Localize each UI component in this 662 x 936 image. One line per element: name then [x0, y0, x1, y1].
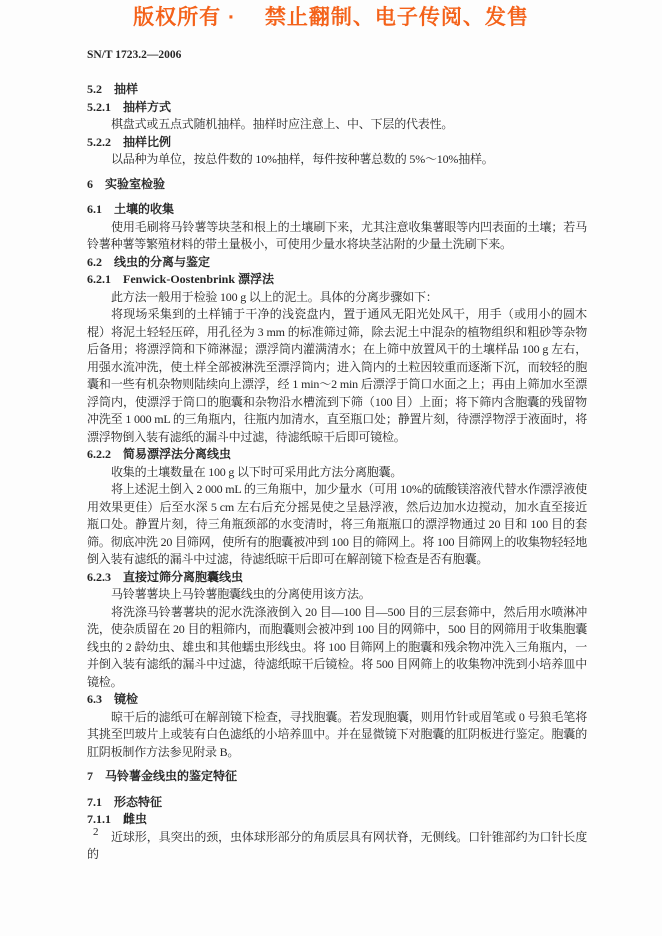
- section-title: 抽样比例: [123, 135, 171, 149]
- page-number: 2: [93, 826, 99, 838]
- section-heading: 6.2.1Fenwick-Oostenbrink 漂浮法: [87, 271, 587, 289]
- section-title: 雌虫: [123, 812, 147, 826]
- section-title: 直接过筛分离胞囊线虫: [123, 570, 243, 584]
- section-number: 6.2.2: [87, 447, 111, 461]
- paragraph: 以品种为单位，按总件数的 10%抽样，每件按种薯总数的 5%～10%抽样。: [87, 151, 587, 169]
- section-title: Fenwick-Oostenbrink 漂浮法: [123, 272, 274, 286]
- section-title: 实验室检验: [105, 177, 165, 191]
- section-number: 6.2: [87, 255, 102, 269]
- section-number: 6.1: [87, 202, 102, 216]
- section-heading: 6.2线虫的分离与鉴定: [87, 254, 587, 272]
- section-heading: 5.2.1抽样方式: [87, 99, 587, 117]
- section-number: 6.3: [87, 692, 102, 706]
- section-number: 5.2.2: [87, 135, 111, 149]
- section-heading: 6实验室检验: [87, 176, 587, 194]
- section-number: 6.2.3: [87, 570, 111, 584]
- section-title: 抽样方式: [123, 100, 171, 114]
- paragraph: 将上述泥土倒入 2 000 mL 的三角瓶中，加少量水（可用 10%的硫酸镁溶液…: [87, 481, 587, 569]
- section-heading: 6.2.3直接过筛分离胞囊线虫: [87, 569, 587, 587]
- section-title: 简易漂浮法分离线虫: [123, 447, 231, 461]
- paragraph: 将洗涤马铃薯薯块的泥水洗涤液倒入 20 目—100 目—500 目的三层套筛中，…: [87, 604, 587, 692]
- paragraph: 近球形，具突出的颈，虫体球形部分的角质层具有网状脊，无侧线。口针锥部约为口针长度…: [87, 829, 587, 864]
- section-number: 6: [87, 177, 93, 191]
- section-number: 6.2.1: [87, 272, 111, 286]
- section-heading: 7马铃薯金线虫的鉴定特征: [87, 768, 587, 786]
- paragraph: 收集的土壤数量在 100 g 以下时可采用此方法分离胞囊。: [87, 464, 587, 482]
- section-number: 7.1: [87, 795, 102, 809]
- section-title: 土壤的收集: [114, 202, 174, 216]
- section-number: 7: [87, 769, 93, 783]
- section-title: 马铃薯金线虫的鉴定特征: [105, 769, 237, 783]
- section-heading: 5.2.2抽样比例: [87, 134, 587, 152]
- document-page: { "page": { "background": "#fdfdfd", "te…: [0, 0, 662, 936]
- copyright-banner: 版权所有 · 禁止翻制、电子传阅、发售: [0, 5, 662, 31]
- section-title: 抽样: [114, 82, 138, 96]
- section-number: 5.2: [87, 82, 102, 96]
- paragraph: 棋盘式或五点式随机抽样。抽样时应注意上、中、下层的代表性。: [87, 116, 587, 134]
- section-title: 线虫的分离与鉴定: [114, 255, 210, 269]
- section-heading: 6.2.2简易漂浮法分离线虫: [87, 446, 587, 464]
- paragraph: 马铃薯薯块上马铃薯胞囊线虫的分离使用该方法。: [87, 586, 587, 604]
- standard-number: SN/T 1723.2—2006: [87, 49, 662, 61]
- section-title: 形态特征: [114, 795, 162, 809]
- paragraph: 使用毛刷将马铃薯等块茎和根上的土壤刷下来，尤其注意收集薯眼等内凹表面的土壤；若马…: [87, 219, 587, 254]
- section-heading: 5.2抽样: [87, 81, 587, 99]
- section-heading: 7.1形态特征: [87, 794, 587, 812]
- section-heading: 6.1土壤的收集: [87, 201, 587, 219]
- section-title: 镜检: [114, 692, 138, 706]
- section-number: 5.2.1: [87, 100, 111, 114]
- section-heading: 7.1.1雌虫: [87, 811, 587, 829]
- section-number: 7.1.1: [87, 812, 111, 826]
- paragraph: 将现场采集到的土样铺于干净的浅瓷盘内，置于通风无阳光处风干，用手（或用小的圆木棍…: [87, 306, 587, 446]
- document-body: 5.2抽样5.2.1抽样方式棋盘式或五点式随机抽样。抽样时应注意上、中、下层的代…: [87, 81, 587, 864]
- paragraph: 晾干后的滤纸可在解剖镜下检查，寻找胞囊。若发现胞囊，则用竹针或眉笔或 0 号狼毛…: [87, 709, 587, 762]
- paragraph: 此方法一般用于检验 100 g 以上的泥土。具体的分离步骤如下：: [87, 289, 587, 307]
- section-heading: 6.3镜检: [87, 691, 587, 709]
